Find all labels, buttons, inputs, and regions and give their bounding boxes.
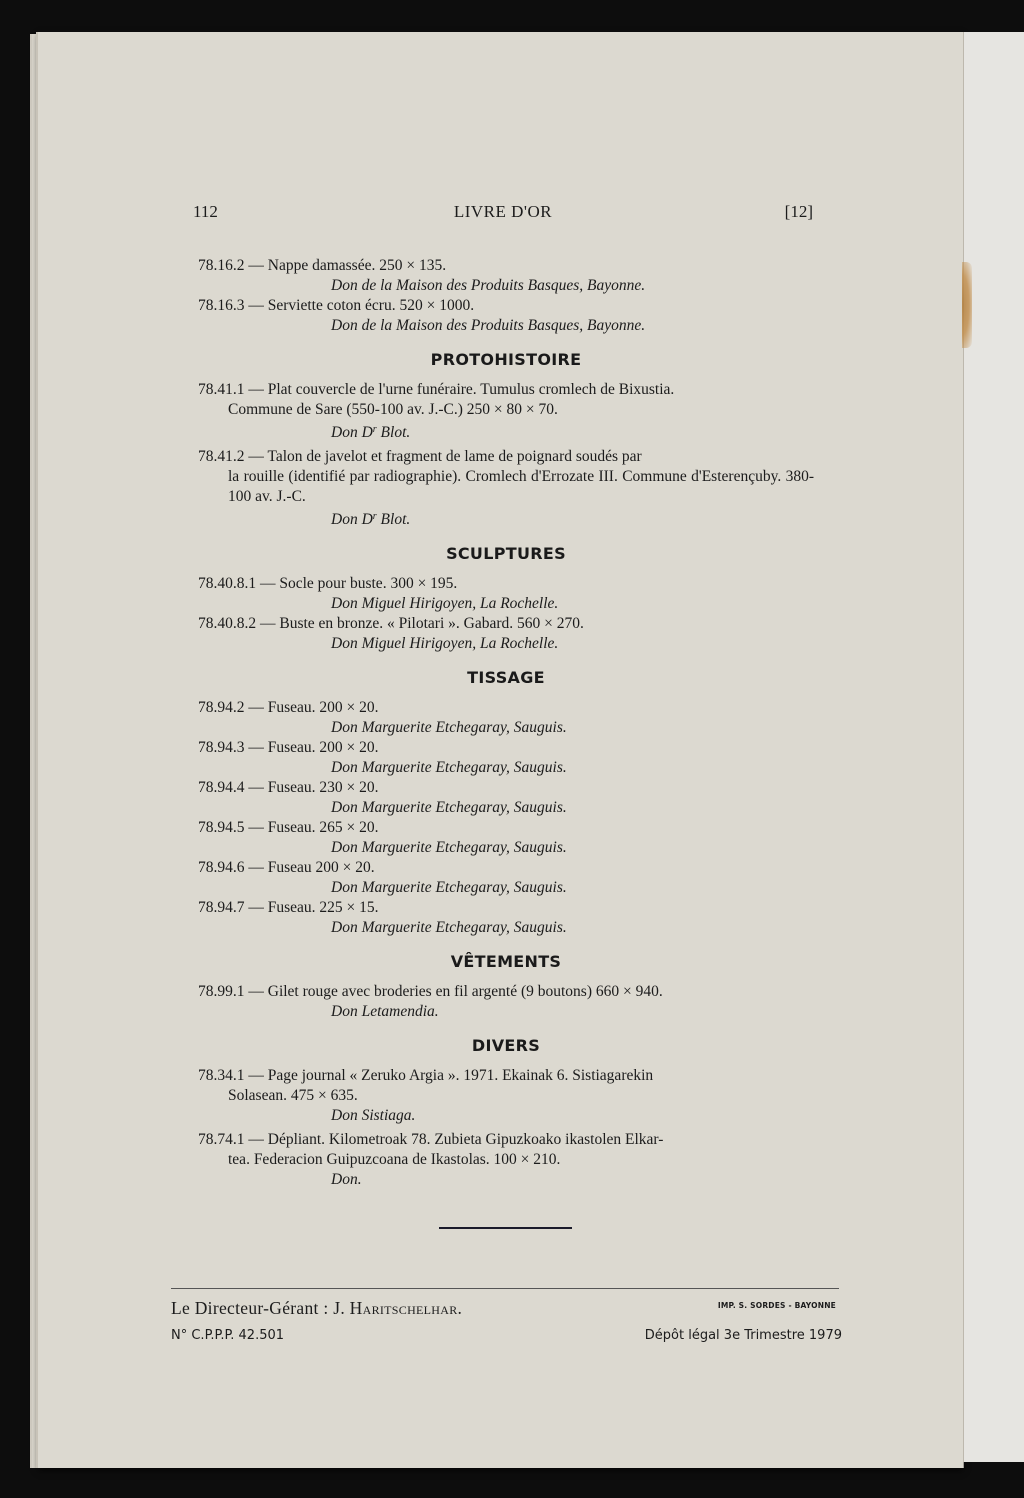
entry-id: 78.94.3 (198, 739, 245, 756)
catalogue-entry: 78.94.4 — Fuseau. 230 × 20. Don Margueri… (198, 778, 814, 818)
dash: — (245, 448, 268, 465)
entry-id: 78.40.8.1 (198, 575, 256, 592)
donor-prefix: Don D (331, 511, 373, 528)
entry-id: 78.40.8.2 (198, 615, 256, 632)
catalogue-entry: 78.16.2 — Nappe damassée. 250 × 135. Don… (198, 256, 814, 296)
section-title-protohistoire: PROTOHISTOIRE (198, 350, 814, 370)
catalogue-entry: 78.94.5 — Fuseau. 265 × 20. Don Margueri… (198, 818, 814, 858)
dash: — (245, 257, 268, 274)
entry-text: Fuseau. 200 × 20. (268, 739, 379, 756)
entry-text: Gilet rouge avec broderies en fil argent… (268, 983, 663, 1000)
director-label: Le Directeur-Gérant : J. (171, 1298, 350, 1318)
catalogue-entry: 78.74.1 — Dépliant. Kilometroak 78. Zubi… (198, 1130, 814, 1190)
dash: — (245, 739, 268, 756)
director-line: Le Directeur-Gérant : J. Haritschelhar. (171, 1298, 462, 1319)
entry-text: Serviette coton écru. 520 × 1000. (268, 297, 474, 314)
section-title-sculptures: SCULPTURES (198, 544, 814, 564)
entry-text-continued: Commune de Sare (550-100 av. J.-C.) 250 … (198, 400, 814, 420)
entry-text-continued: Solasean. 475 × 635. (198, 1086, 814, 1106)
catalogue-entry: 78.94.7 — Fuseau. 225 × 15. Don Margueri… (198, 898, 814, 938)
entry-id: 78.94.5 (198, 819, 245, 836)
entry-id: 78.41.2 (198, 448, 245, 465)
catalogue-body: 78.16.2 — Nappe damassée. 250 × 135. Don… (198, 256, 814, 1190)
entry-id: 78.94.2 (198, 699, 245, 716)
dash: — (256, 615, 279, 632)
running-head: 112 LIVRE D'OR [12] (193, 202, 813, 226)
catalogue-entry: 78.99.1 — Gilet rouge avec broderies en … (198, 982, 814, 1022)
entry-text-continued: tea. Federacion Guipuzcoana de Ikastolas… (198, 1150, 814, 1170)
entry-id: 78.94.7 (198, 899, 245, 916)
entry-text: Plat couvercle de l'urne funéraire. Tumu… (268, 381, 675, 398)
entry-donor: Don Dr Blot. (198, 507, 814, 530)
dash: — (245, 1067, 268, 1084)
catalogue-entry: 78.94.2 — Fuseau. 200 × 20. Don Margueri… (198, 698, 814, 738)
footer-divider (171, 1288, 839, 1289)
entry-text-continued: la rouille (identifié par radiographie).… (198, 467, 814, 507)
entry-donor: Don de la Maison des Produits Basques, B… (198, 276, 814, 296)
donor-name: Blot. (377, 511, 411, 528)
dash: — (245, 779, 268, 796)
dash: — (245, 1131, 268, 1148)
entry-text: Socle pour buste. 300 × 195. (279, 575, 457, 592)
section-title-vetements: VÊTEMENTS (198, 952, 814, 972)
donor-name: Blot. (377, 424, 411, 441)
entry-donor: Don Marguerite Etchegaray, Sauguis. (198, 918, 814, 938)
entry-donor: Don Marguerite Etchegaray, Sauguis. (198, 758, 814, 778)
catalogue-entry: 78.94.6 — Fuseau 200 × 20. Don Marguerit… (198, 858, 814, 898)
dash: — (245, 699, 268, 716)
entry-id: 78.99.1 (198, 983, 245, 1000)
end-of-text-rule (439, 1227, 572, 1229)
catalogue-entry: 78.34.1 — Page journal « Zeruko Argia ».… (198, 1066, 814, 1126)
entry-text: Buste en bronze. « Pilotari ». Gabard. 5… (279, 615, 583, 632)
entry-id: 78.16.3 (198, 297, 245, 314)
entry-donor: Don Miguel Hirigoyen, La Rochelle. (198, 634, 814, 654)
section-title-divers: DIVERS (198, 1036, 814, 1056)
bracket-number: [12] (785, 202, 813, 222)
entry-id: 78.94.4 (198, 779, 245, 796)
legal-deposit: Dépôt légal 3e Trimestre 1979 (560, 1328, 842, 1343)
entry-id: 78.41.1 (198, 381, 245, 398)
entry-donor: Don de la Maison des Produits Basques, B… (198, 316, 814, 336)
entry-id: 78.94.6 (198, 859, 245, 876)
entry-donor: Don Letamendia. (198, 1002, 814, 1022)
printer-credit: IMP. S. SORDES - BAYONNE (710, 1301, 836, 1310)
section-title-tissage: TISSAGE (198, 668, 814, 688)
catalogue-entry: 78.41.1 — Plat couvercle de l'urne funér… (198, 380, 814, 443)
dash: — (256, 575, 279, 592)
catalogue-entry: 78.16.3 — Serviette coton écru. 520 × 10… (198, 296, 814, 336)
cppp-number: N° C.P.P.P. 42.501 (171, 1328, 284, 1343)
dash: — (245, 297, 268, 314)
entry-donor: Don Marguerite Etchegaray, Sauguis. (198, 718, 814, 738)
catalogue-entry: 78.94.3 — Fuseau. 200 × 20. Don Margueri… (198, 738, 814, 778)
dash: — (245, 899, 268, 916)
entry-text: Fuseau. 225 × 15. (268, 899, 379, 916)
catalogue-entry: 78.40.8.2 — Buste en bronze. « Pilotari … (198, 614, 814, 654)
entry-donor: Don Marguerite Etchegaray, Sauguis. (198, 798, 814, 818)
entry-text: Fuseau. 200 × 20. (268, 699, 379, 716)
entry-donor: Don Marguerite Etchegaray, Sauguis. (198, 878, 814, 898)
entry-donor: Don Sistiaga. (198, 1106, 814, 1126)
dash: — (245, 819, 268, 836)
dash: — (245, 381, 268, 398)
entry-text: Fuseau. 230 × 20. (268, 779, 379, 796)
dash: — (245, 983, 268, 1000)
running-title: LIVRE D'OR (193, 202, 813, 222)
entry-text: Dépliant. Kilometroak 78. Zubieta Gipuzk… (268, 1131, 664, 1148)
entry-text: Page journal « Zeruko Argia ». 1971. Eka… (268, 1067, 653, 1084)
dash: — (245, 859, 268, 876)
entry-donor: Don Dr Blot. (198, 420, 814, 443)
entry-donor: Don. (198, 1170, 814, 1190)
entry-text: Nappe damassée. 250 × 135. (268, 257, 446, 274)
director-name: Haritschelhar. (350, 1298, 463, 1318)
entry-id: 78.34.1 (198, 1067, 245, 1084)
catalogue-entry: 78.40.8.1 — Socle pour buste. 300 × 195.… (198, 574, 814, 614)
entry-id: 78.16.2 (198, 257, 245, 274)
donor-prefix: Don D (331, 424, 373, 441)
entry-text: Fuseau. 265 × 20. (268, 819, 379, 836)
entry-id: 78.74.1 (198, 1131, 245, 1148)
entry-text: Talon de javelot et fragment de lame de … (267, 448, 641, 465)
entry-text: Fuseau 200 × 20. (268, 859, 375, 876)
entry-donor: Don Marguerite Etchegaray, Sauguis. (198, 838, 814, 858)
catalogue-entry: 78.41.2 — Talon de javelot et fragment d… (198, 447, 814, 530)
entry-donor: Don Miguel Hirigoyen, La Rochelle. (198, 594, 814, 614)
page-content: 112 LIVRE D'OR [12] 78.16.2 — Nappe dama… (0, 0, 1024, 1498)
